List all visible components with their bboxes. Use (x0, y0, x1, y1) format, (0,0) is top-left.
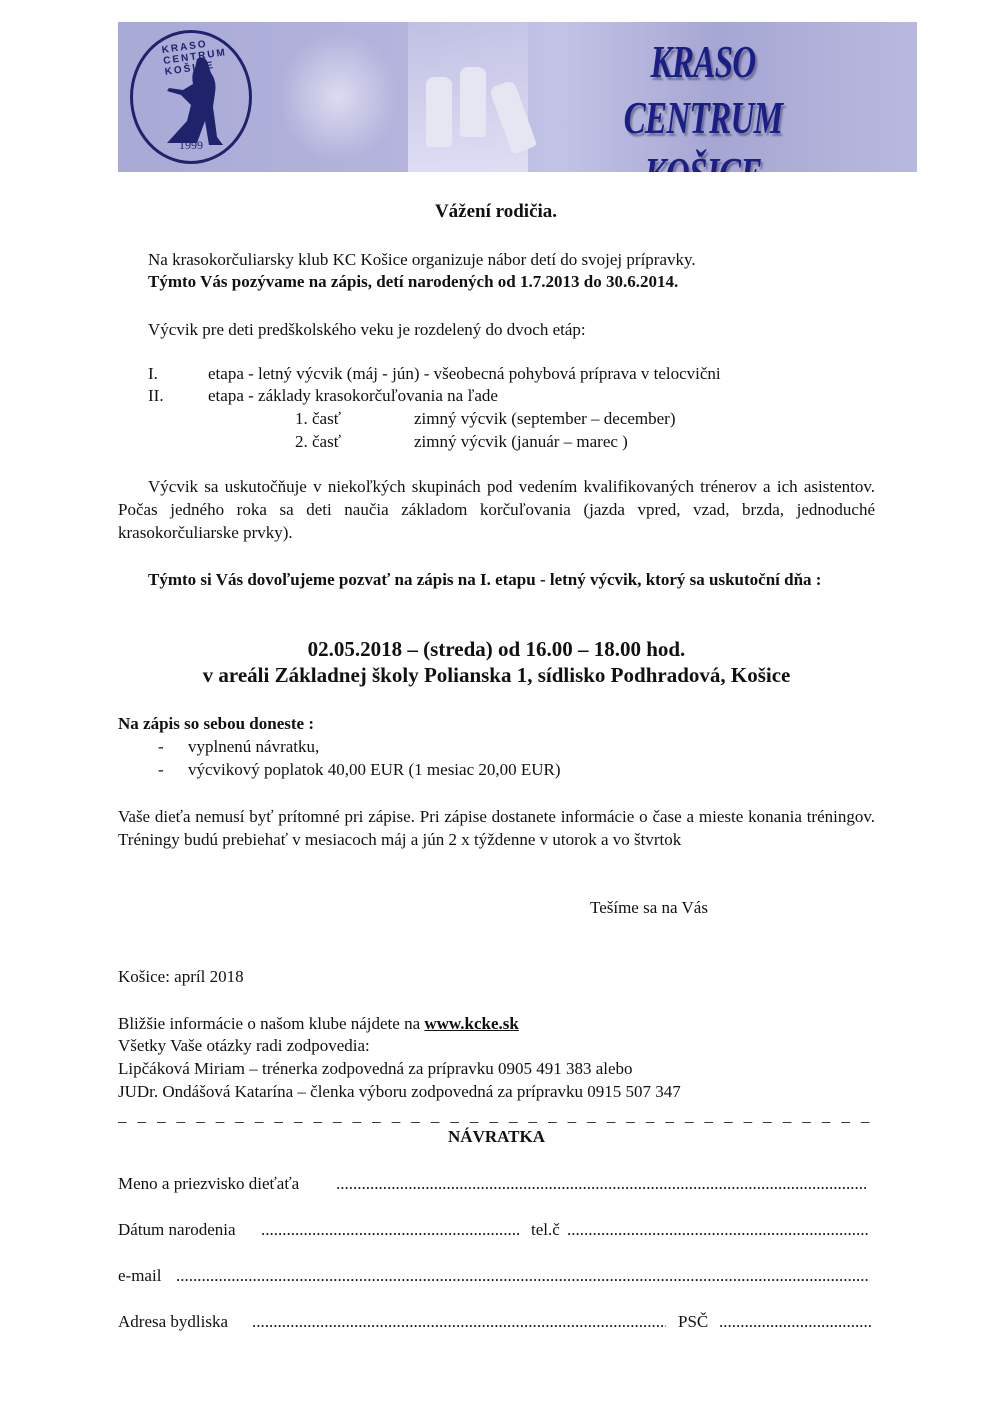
closing: Tešíme sa na Vás (590, 896, 708, 919)
stage-text-1: etapa - letný výcvik (máj - jún) - všeob… (208, 362, 721, 385)
cut-line: _ _ _ _ _ _ _ _ _ _ _ _ _ _ _ _ _ _ _ _ … (118, 1108, 875, 1124)
training-description: Výcvik sa uskutočňuje v niekoľkých skupi… (118, 475, 875, 544)
return-slip-title: NÁVRATKA (118, 1125, 875, 1148)
child-name-field[interactable]: ........................................… (336, 1172, 866, 1195)
contact-2: JUDr. Ondášová Katarína – členka výboru … (118, 1080, 681, 1103)
pair-skaters-photo (278, 32, 398, 162)
website-link[interactable]: www.kcke.sk (424, 1014, 518, 1033)
event-datetime: 02.05.2018 – (streda) od 16.00 – 18.00 h… (118, 636, 875, 663)
postal-code-label: PSČ (678, 1310, 708, 1333)
banner-title-line2: KOŠICE (606, 146, 800, 172)
part-label-1: 1. časť (295, 407, 341, 430)
header-banner: KRASO CENTRUM KOŠICE 1999 KRASO CENTRUM … (118, 22, 917, 172)
logo-ring-text: KRASO CENTRUM KOŠICE (161, 33, 251, 78)
address-field[interactable]: ........................................… (252, 1310, 666, 1333)
child-name-label: Meno a priezvisko dieťaťa (118, 1172, 299, 1195)
address-label: Adresa bydliska (118, 1310, 228, 1333)
email-field[interactable]: ........................................… (176, 1264, 869, 1287)
invitation-text: Týmto Vás pozývame na zápis, detí narode… (148, 270, 678, 293)
phone-field[interactable]: ........................................… (567, 1218, 869, 1241)
phone-label: tel.č (531, 1218, 560, 1241)
skates-photo (408, 22, 528, 172)
stage-number-1: I. (148, 362, 158, 385)
stage-number-2: II. (148, 384, 164, 407)
place-date: Košice: apríl 2018 (118, 965, 244, 988)
email-label: e-mail (118, 1264, 161, 1287)
logo-year: 1999 (133, 138, 249, 153)
part-label-2: 2. časť (295, 430, 341, 453)
greeting: Vážení rodičia. (0, 200, 992, 223)
bring-heading: Na zápis so sebou doneste : (118, 712, 314, 735)
part-text-1: zimný výcvik (september – december) (414, 407, 676, 430)
bullet-2: - (158, 758, 164, 781)
postal-code-field[interactable]: ........................................… (719, 1310, 873, 1333)
club-logo: KRASO CENTRUM KOŠICE 1999 (130, 30, 252, 164)
attendance-note: Vaše dieťa nemusí byť prítomné pri zápis… (118, 805, 875, 851)
birth-date-label: Dátum narodenia (118, 1218, 236, 1241)
bring-item-2: výcvikový poplatok 40,00 EUR (1 mesiac 2… (188, 758, 561, 781)
enrollment-invite: Týmto si Vás dovoľujeme pozvať na zápis … (118, 568, 875, 591)
training-intro: Výcvik pre deti predškolského veku je ro… (148, 318, 586, 341)
birth-date-field[interactable]: ........................................… (261, 1218, 519, 1241)
stage-text-2: etapa - základy krasokorčuľovania na ľad… (208, 384, 498, 407)
banner-title: KRASO CENTRUM KOŠICE (606, 34, 800, 172)
part-text-2: zimný výcvik (január – marec ) (414, 430, 628, 453)
more-info-text: Bližšie informácie o našom klube nájdete… (118, 1014, 424, 1033)
more-info: Bližšie informácie o našom klube nájdete… (118, 1012, 519, 1035)
questions-text: Všetky Vaše otázky radi zodpovedia: (118, 1034, 370, 1057)
bring-item-1: vyplnenú návratku, (188, 735, 319, 758)
banner-title-line1: KRASO CENTRUM (606, 34, 800, 146)
bullet-1: - (158, 735, 164, 758)
event-location: v areáli Základnej školy Polianska 1, sí… (118, 662, 875, 689)
intro-text: Na krasokorčuliarsky klub KC Košice orga… (148, 248, 696, 271)
contact-1: Lipčáková Miriam – trénerka zodpovedná z… (118, 1057, 633, 1080)
